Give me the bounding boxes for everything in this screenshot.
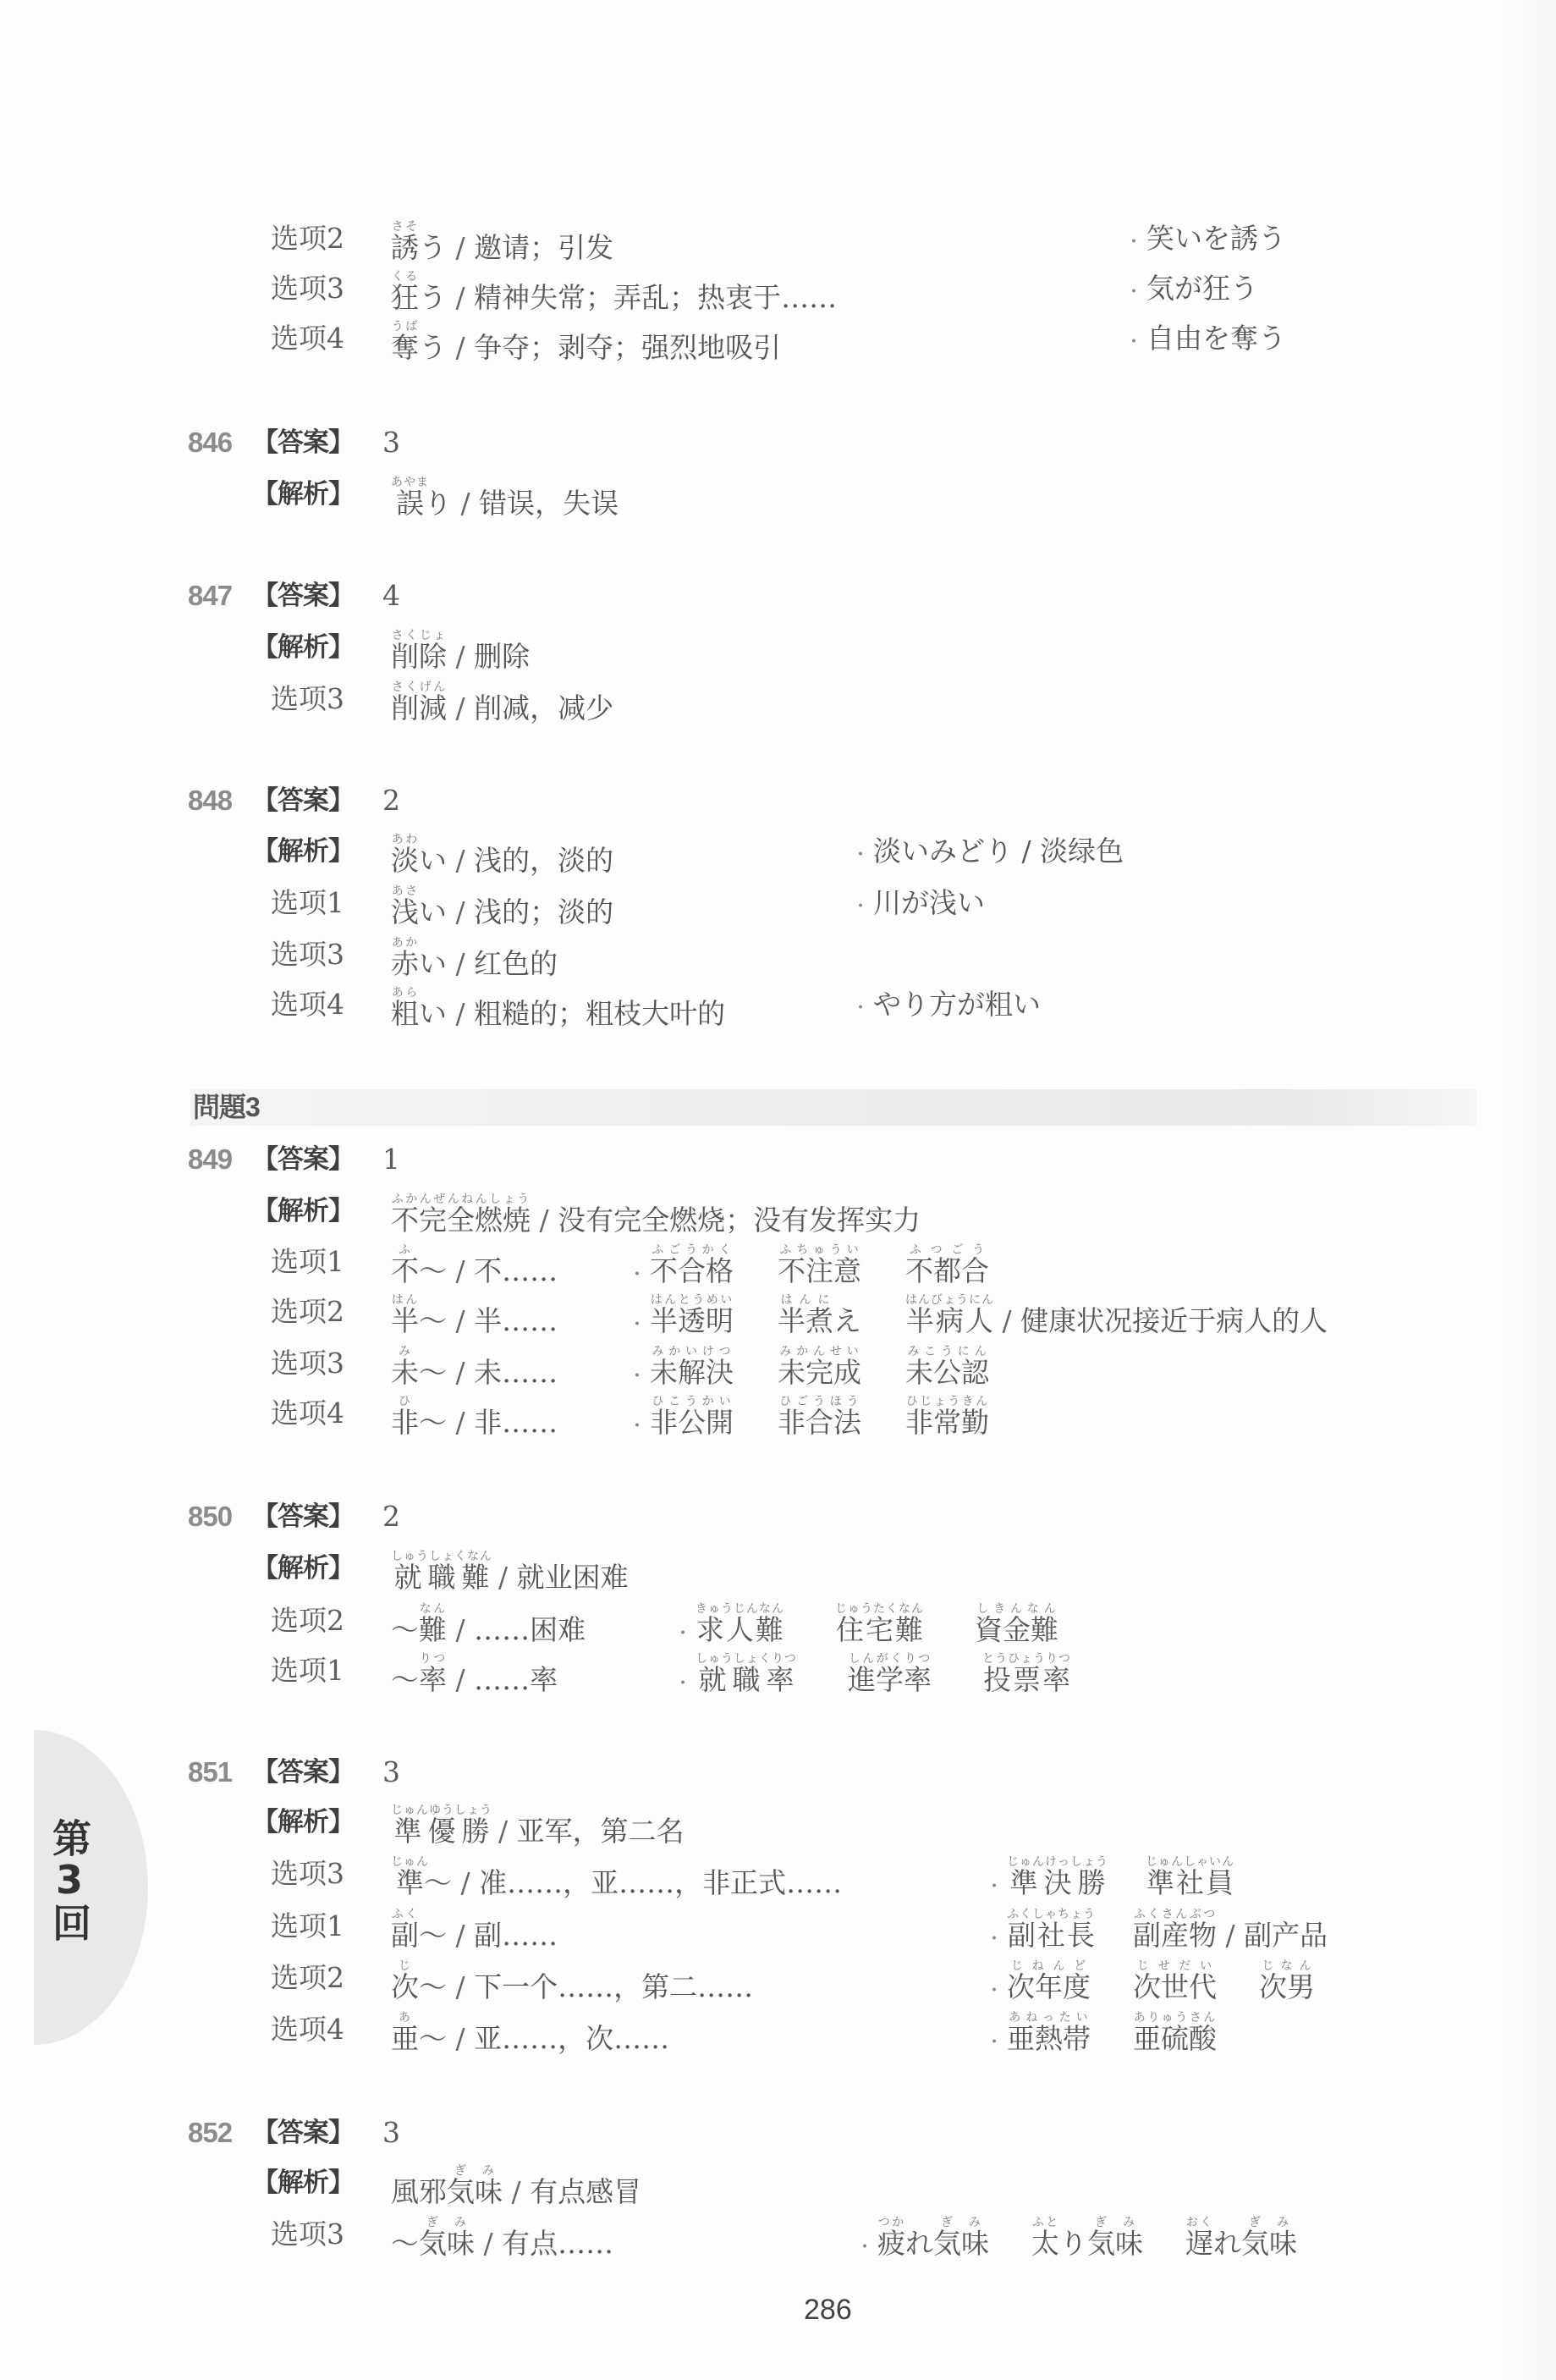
- ruby-word: 浅あさ: [391, 895, 419, 928]
- option-label: 选项3: [271, 1345, 344, 1382]
- furigana: さくげん: [391, 680, 447, 694]
- base-text: 非: [391, 1406, 419, 1439]
- term-gloss: 誘さそう / 邀请；引发: [391, 220, 613, 267]
- ruby-segment: 太ふと: [1031, 2227, 1059, 2260]
- answer-tag: 【答案】: [252, 2114, 354, 2151]
- example-word: 半煮はんにえ: [778, 1293, 861, 1340]
- answer-value: 2: [382, 1498, 400, 1535]
- separator: /: [447, 281, 474, 314]
- analysis-row: 【解析】 誤あやまり / 错误，失误: [0, 476, 1556, 513]
- example-word: 半透明はんとうめい: [650, 1293, 734, 1335]
- question-number: 851: [188, 1754, 232, 1791]
- example: 自由を奪う: [1146, 320, 1286, 357]
- gloss: ……率: [474, 1663, 558, 1696]
- ruby-word: 準じゅん: [391, 1866, 424, 1899]
- gloss: 删除: [474, 640, 530, 673]
- bullet: ・: [674, 1616, 696, 1653]
- gloss: 红色的: [474, 947, 558, 980]
- furigana: じゅんしゃいん: [1146, 1855, 1234, 1869]
- furigana: はんとうめい: [650, 1293, 734, 1307]
- term-gloss: 浅あさい / 浅的；淡的: [391, 884, 613, 931]
- analysis-tag: 【解析】: [252, 629, 354, 666]
- analysis-row: 【解析】 準優勝じゅんゆうしょう / 亚军，第二名: [0, 1804, 1556, 1841]
- base-text: 半病人: [905, 1304, 994, 1337]
- separator: /: [447, 640, 474, 673]
- example-word: 求人難きゅうじんなん: [696, 1602, 784, 1644]
- option-row: 选项3 未み～ / 未…… ・ 未解決みかいけつ 未完成みかんせい 未公認みこう…: [0, 1345, 1556, 1382]
- separator: /: [447, 1356, 474, 1389]
- option-row: 选项4 亜あ～ / 亚……，次…… ・ 亜熱帯あねったい 亜硫酸ありゅうさん: [0, 2011, 1556, 2048]
- example-column: ・淡いみどり / 淡绿色: [851, 833, 1124, 874]
- ruby-word: 誤あやま: [391, 487, 424, 520]
- term-gloss: 削除さくじょ / 删除: [391, 629, 530, 675]
- furigana: しゅうしょくなん: [391, 1550, 492, 1563]
- ruby-word: 削除さくじょ: [391, 640, 447, 673]
- base-text: 準優勝: [391, 1815, 492, 1848]
- base-text: 非合法: [778, 1406, 861, 1439]
- kana-suffix: れ: [1213, 2227, 1241, 2260]
- term-gloss: 準優勝じゅんゆうしょう / 亚军，第二名: [391, 1804, 685, 1850]
- analysis-row: 【解析】 風邪気味ぎみ / 有点感冒: [0, 2164, 1556, 2201]
- separator: /: [447, 1406, 474, 1439]
- option-row: 选项3 削減さくげん / 削减，减少: [0, 680, 1556, 718]
- answer-tag: 【答案】: [252, 1498, 354, 1535]
- kana-suffix: う: [419, 231, 447, 264]
- analysis-row: 【解析】 不完全燃焼ふかんぜんねんしょう / 没有完全燃烧；没有发挥实力: [0, 1193, 1556, 1230]
- ruby-word: 非ひ: [391, 1406, 419, 1439]
- example-column: ・ 非公開ひこうかい 非合法ひごうほう 非常勤ひじょうきん: [628, 1395, 989, 1446]
- answer-tag: 【答案】: [252, 782, 354, 819]
- example-column: ・ 半透明はんとうめい 半煮はんにえ 半病人はんびょうにん / 健康状况接近于病…: [628, 1293, 1328, 1344]
- bullet: ・: [985, 1869, 1007, 1906]
- gloss: 浅的，淡的: [474, 844, 613, 877]
- ruby-word: 粗あら: [391, 997, 419, 1030]
- example-word: 次男じなん: [1259, 1959, 1315, 2001]
- base-text: 未: [391, 1356, 419, 1389]
- analysis-tag: 【解析】: [252, 2164, 354, 2201]
- bullet: ・: [985, 1921, 1007, 1959]
- ruby-segment: 遅おく: [1185, 2227, 1213, 2260]
- base-text: 準決勝: [1007, 1866, 1108, 1899]
- tilde: ～: [419, 1406, 447, 1439]
- ruby-word: 気味ぎみ: [447, 2175, 503, 2208]
- example-word: 未完成みかんせい: [778, 1345, 861, 1386]
- option-row: 选项1 不ふ～ / 不…… ・ 不合格ふごうかく 不注意ふちゅうい 不都合ふつご…: [0, 1243, 1556, 1281]
- bullet: ・: [985, 1973, 1007, 2010]
- example-word: 投票率とうひょうりつ: [982, 1652, 1071, 1694]
- base-text: 不都合: [905, 1254, 989, 1287]
- example: やり方が粗い: [873, 986, 1041, 1023]
- gloss: 有点……: [502, 2227, 613, 2260]
- separator: /: [447, 331, 474, 364]
- example-column: ・ 疲つかれ気味ぎみ 太ふとり気味ぎみ 遅おくれ気味ぎみ: [855, 2216, 1297, 2267]
- option-label: 选项2: [271, 1602, 344, 1639]
- separator: /: [447, 231, 474, 264]
- option-label: 选项1: [271, 1243, 344, 1281]
- term-gloss: 淡あわい / 浅的，淡的: [391, 833, 613, 879]
- furigana: きゅうじんなん: [696, 1602, 784, 1616]
- answer-value: 4: [382, 577, 400, 614]
- term-gloss: 非ひ～ / 非……: [391, 1395, 558, 1441]
- gloss: 错误，失误: [479, 487, 619, 520]
- option-label: 选项1: [271, 1652, 344, 1689]
- answer-row: 851 【答案】 3: [0, 1754, 1556, 1791]
- separator: /: [447, 1663, 474, 1696]
- base-text: 不合格: [650, 1254, 734, 1287]
- term-gloss: 準じゅん～ / 准……，亚……，非正式……: [391, 1855, 842, 1902]
- example-column: ・気が狂う: [1124, 270, 1258, 311]
- base-text: 非公開: [650, 1406, 734, 1439]
- option-label: 选项2: [271, 1293, 344, 1330]
- example-words: 亜熱帯あねったい 亜硫酸ありゅうさん: [1007, 2011, 1217, 2052]
- example-column: ・自由を奪う: [1124, 320, 1286, 361]
- bullet: ・: [628, 1408, 650, 1446]
- furigana: あねったい: [1007, 2011, 1091, 2025]
- option-label: 选项1: [271, 1908, 344, 1945]
- gloss: 有点感冒: [530, 2175, 641, 2208]
- furigana: しゅうしょくりつ: [696, 1652, 797, 1666]
- example: 気が狂う: [1146, 270, 1258, 307]
- example-word: 非合法ひごうほう: [778, 1395, 861, 1436]
- example-words: 不合格ふごうかく 不注意ふちゅうい 不都合ふつごう: [650, 1243, 989, 1285]
- answer-value: 1: [382, 1141, 400, 1178]
- option-label: 选项2: [271, 220, 344, 257]
- kana-suffix: い: [419, 895, 447, 928]
- example-column: ・やり方が粗い: [851, 986, 1041, 1027]
- separator: /: [503, 2175, 530, 2208]
- option-label: 选项4: [271, 1395, 344, 1432]
- example-words: 次年度じねんど 次世代じせだい 次男じなん: [1007, 1959, 1315, 2001]
- option-label: 选项4: [271, 320, 344, 357]
- furigana: はん: [391, 1293, 419, 1307]
- option-label: 选项2: [271, 1959, 344, 1997]
- separator: /: [475, 2227, 502, 2260]
- furigana: とうひょうりつ: [982, 1652, 1071, 1666]
- ruby-segment: 気味ぎみ: [933, 2227, 989, 2260]
- section-header: 問題3: [193, 1089, 260, 1126]
- ruby-word: 亜あ: [391, 2022, 419, 2055]
- option-label: 选项4: [271, 986, 344, 1023]
- base-text: 亜熱帯: [1007, 2022, 1091, 2055]
- example-word: 不合格ふごうかく: [650, 1243, 734, 1285]
- gloss: 削减，减少: [474, 691, 613, 724]
- analysis-tag: 【解析】: [252, 833, 354, 870]
- term-gloss: ～率りつ / ……率: [391, 1652, 558, 1699]
- term-gloss: ～難なん / ……困难: [391, 1602, 586, 1649]
- separator: /: [447, 1304, 474, 1337]
- furigana: ふかんぜんねんしょう: [391, 1193, 531, 1206]
- example-word: 進学率しんがくりつ: [848, 1652, 932, 1694]
- furigana: おく: [1185, 2216, 1213, 2229]
- separator: /: [490, 1561, 517, 1594]
- term-gloss: 就職難しゅうしょくなん / 就业困难: [391, 1550, 629, 1596]
- ruby-word: 就職難しゅうしょくなん: [391, 1561, 490, 1594]
- gloss: 没有完全燃烧；没有发挥实力: [558, 1204, 921, 1237]
- separator: /: [447, 2022, 474, 2055]
- base-text: 住宅難: [835, 1613, 924, 1646]
- example-word: 資金難しきんなん: [975, 1602, 1058, 1644]
- example-words: 疲つかれ気味ぎみ 太ふとり気味ぎみ 遅おくれ気味ぎみ: [877, 2216, 1297, 2262]
- furigana: ひじょうきん: [905, 1395, 989, 1408]
- example-word: 遅おくれ気味ぎみ: [1185, 2216, 1297, 2262]
- answer-row: 852 【答案】 3: [0, 2114, 1556, 2151]
- ruby-word: 難なん: [419, 1613, 447, 1646]
- gloss: 亚……，次……: [474, 2022, 669, 2055]
- furigana: あわ: [391, 833, 419, 846]
- bullet: ・: [628, 1358, 650, 1396]
- question-number: 849: [188, 1141, 232, 1178]
- separator: /: [447, 947, 474, 980]
- furigana: じゅうたくなん: [835, 1602, 924, 1616]
- furigana: じせだい: [1133, 1959, 1217, 1973]
- option-label: 选项1: [271, 884, 344, 922]
- example-words: 未解決みかいけつ 未完成みかんせい 未公認みこうにん: [650, 1345, 989, 1386]
- furigana: ぎみ: [447, 2164, 503, 2178]
- option-row: 选项3 準じゅん～ / 准……，亚……，非正式…… ・ 準決勝じゅんけっしょう …: [0, 1855, 1556, 1892]
- ruby-segment: 気味ぎみ: [1087, 2227, 1143, 2260]
- base-text: 太: [1031, 2227, 1059, 2260]
- term-gloss: 狂くるう / 精神失常；弄乱；热衷于……: [391, 270, 837, 317]
- term-gloss: 未み～ / 未……: [391, 1345, 558, 1391]
- base-text: 半煮: [778, 1304, 833, 1337]
- example-word: 副社長ふくしゃちょう: [1007, 1908, 1096, 1949]
- separator: /: [447, 895, 474, 928]
- gloss: 精神失常；弄乱；热衷于……: [474, 281, 837, 314]
- kana-suffix: い: [419, 947, 447, 980]
- option-label: 选项3: [271, 936, 344, 973]
- example-gloss: 副产品: [1244, 1919, 1328, 1952]
- base-text: 副: [391, 1919, 419, 1952]
- answer-row: 849 【答案】 1: [0, 1141, 1556, 1178]
- furigana: じゅんけっしょう: [1007, 1855, 1108, 1869]
- example-column: ・ 求人難きゅうじんなん 住宅難じゅうたくなん 資金難しきんなん: [674, 1602, 1058, 1653]
- kana-suffix: う: [419, 281, 447, 314]
- example-word: 住宅難じゅうたくなん: [835, 1602, 924, 1644]
- base-text: 誘: [391, 231, 419, 264]
- gloss: 半……: [474, 1304, 558, 1337]
- kana-suffix: え: [833, 1304, 861, 1337]
- furigana: じゅん: [391, 1855, 429, 1869]
- kana-suffix: う: [419, 331, 447, 364]
- term-gloss: 赤あかい / 红色的: [391, 936, 558, 983]
- ruby-word: 淡あわ: [391, 844, 419, 877]
- separator: /: [447, 844, 474, 877]
- base-text: 難: [419, 1613, 447, 1646]
- base-text: 未完成: [778, 1356, 861, 1389]
- base-text: 気味: [419, 2227, 475, 2260]
- base-text: 淡: [391, 844, 419, 877]
- base-text: 求人難: [696, 1613, 784, 1646]
- furigana: ひごうほう: [778, 1395, 861, 1408]
- ruby-word: 次じ: [391, 1970, 419, 2003]
- analysis-tag: 【解析】: [252, 1550, 354, 1587]
- bullet: ・: [674, 1666, 696, 1703]
- option-row: 选项2 誘さそう / 邀请；引发 ・笑いを誘う: [0, 220, 1556, 257]
- answer-value: 3: [382, 1754, 400, 1791]
- ruby-word: 誘さそ: [391, 231, 419, 264]
- example-column: ・川が浅い: [851, 884, 985, 926]
- furigana: じゅんゆうしょう: [391, 1804, 492, 1817]
- page-number: 286: [804, 2294, 852, 2327]
- base-text: 次世代: [1133, 1970, 1217, 2003]
- base-text: 狂: [391, 281, 419, 314]
- furigana: じ: [391, 1959, 419, 1973]
- base-text: 浅: [391, 895, 419, 928]
- option-label: 选项3: [271, 1855, 344, 1892]
- separator: /: [452, 1866, 479, 1899]
- example-word-with-gloss: 半病人はんびょうにん / 健康状况接近于病人的人: [905, 1293, 1328, 1340]
- question-number: 852: [188, 2114, 232, 2151]
- furigana: ひこうかい: [650, 1395, 734, 1408]
- bullet: ・: [1124, 324, 1146, 361]
- option-row: 选项2 ～難なん / ……困难 ・ 求人難きゅうじんなん 住宅難じゅうたくなん …: [0, 1602, 1556, 1639]
- example-word: 未解決みかいけつ: [650, 1345, 734, 1386]
- option-row: 选项1 副ふく～ / 副…… ・ 副社長ふくしゃちょう 副産物ふくさんぶつ / …: [0, 1908, 1556, 1945]
- option-row: 选项2 半はん～ / 半…… ・ 半透明はんとうめい 半煮はんにえ 半病人はんび…: [0, 1293, 1556, 1330]
- base-text: 風邪: [391, 2175, 447, 2208]
- furigana: みかんせい: [778, 1345, 861, 1358]
- tilde: ～: [419, 2022, 447, 2055]
- chapter-label: 第3回: [49, 1818, 90, 1942]
- term-gloss: 半はん～ / 半……: [391, 1293, 558, 1340]
- example-words: 非公開ひこうかい 非合法ひごうほう 非常勤ひじょうきん: [650, 1395, 989, 1436]
- example-word: 非公開ひこうかい: [650, 1395, 734, 1436]
- furigana: しきんなん: [975, 1602, 1058, 1616]
- bullet: ・: [1124, 274, 1146, 311]
- option-row: 选项1 ～率りつ / ……率 ・ 就職率しゅうしょくりつ 進学率しんがくりつ 投…: [0, 1652, 1556, 1689]
- example-words: 副社長ふくしゃちょう 副産物ふくさんぶつ / 副产品: [1007, 1908, 1328, 1954]
- example-word: 半病人はんびょうにん: [905, 1304, 993, 1337]
- tilde: ～: [424, 1866, 452, 1899]
- base-text: 資金難: [975, 1613, 1058, 1646]
- tilde: ～: [391, 2227, 419, 2260]
- bullet: ・: [628, 1257, 650, 1294]
- base-text: 削除: [391, 640, 447, 673]
- textbook-page: 选项2 誘さそう / 邀请；引发 ・笑いを誘う 选项3 狂くるう / 精神失常；…: [0, 0, 1556, 2380]
- furigana: ふ: [391, 1243, 419, 1257]
- furigana: ふと: [1031, 2216, 1059, 2229]
- term-gloss: ～気味ぎみ / 有点……: [391, 2216, 613, 2262]
- term-gloss: 削減さくげん / 削减，减少: [391, 680, 613, 727]
- option-row: 选项4 非ひ～ / 非…… ・ 非公開ひこうかい 非合法ひごうほう 非常勤ひじょ…: [0, 1395, 1556, 1432]
- base-text: 不注意: [778, 1254, 861, 1287]
- example-column: ・ 不合格ふごうかく 不注意ふちゅうい 不都合ふつごう: [628, 1243, 989, 1294]
- analysis-row: 【解析】 就職難しゅうしょくなん / 就业困难: [0, 1550, 1556, 1587]
- example: 川が浅い: [873, 884, 985, 922]
- base-text: 疲: [877, 2227, 905, 2260]
- furigana: み: [391, 1345, 419, 1358]
- ruby-word: 気味ぎみ: [419, 2227, 475, 2260]
- base-text: 不完全燃焼: [391, 1204, 531, 1237]
- furigana: ふつごう: [905, 1243, 989, 1257]
- gloss: 下一个……，第二……: [474, 1970, 753, 2003]
- base-text: 次年度: [1007, 1970, 1091, 2003]
- answer-tag: 【答案】: [252, 424, 354, 461]
- tilde: ～: [419, 1356, 447, 1389]
- base-text: 次: [391, 1970, 419, 2003]
- example-word: 就職率しゅうしょくりつ: [696, 1652, 797, 1694]
- term-gloss: 次じ～ / 下一个……，第二……: [391, 1959, 753, 2006]
- question-number: 846: [188, 424, 232, 461]
- base-text: 不: [391, 1254, 419, 1287]
- example-words: 就職率しゅうしょくりつ 進学率しんがくりつ 投票率とうひょうりつ: [696, 1652, 1071, 1694]
- base-text: 副社長: [1007, 1919, 1096, 1952]
- ruby-word: 未み: [391, 1356, 419, 1389]
- furigana: さくじょ: [391, 629, 447, 642]
- answer-row: 846 【答案】 3: [0, 424, 1556, 461]
- section-header-bar: [190, 1089, 1476, 1126]
- option-row: 选项2 次じ～ / 下一个……，第二…… ・ 次年度じねんど 次世代じせだい 次…: [0, 1959, 1556, 1997]
- bullet: ・: [851, 990, 873, 1027]
- tilde: ～: [391, 1663, 419, 1696]
- furigana: ふくしゃちょう: [1007, 1908, 1096, 1921]
- tilde: ～: [419, 1254, 447, 1287]
- question-number: 850: [188, 1498, 232, 1535]
- bullet: ・: [855, 2229, 877, 2267]
- base-text: 副産物: [1133, 1919, 1217, 1952]
- furigana: ふくさんぶつ: [1133, 1908, 1217, 1921]
- example-gloss: 健康状况接近于病人的人: [1020, 1304, 1328, 1337]
- furigana: ぎみ: [1241, 2216, 1297, 2229]
- answer-tag: 【答案】: [252, 1141, 354, 1178]
- separator: /: [490, 1815, 517, 1848]
- ruby-word: 不ふ: [391, 1254, 419, 1287]
- furigana: ぎみ: [1087, 2216, 1143, 2229]
- example-column: ・ 次年度じねんど 次世代じせだい 次男じなん: [985, 1959, 1315, 2010]
- example-column: ・笑いを誘う: [1124, 220, 1286, 262]
- base-text: 半透明: [650, 1304, 734, 1337]
- example-word: 亜硫酸ありゅうさん: [1133, 2011, 1217, 2052]
- ruby-word: 狂くる: [391, 281, 419, 314]
- question-number: 848: [188, 782, 232, 819]
- separator: /: [447, 1613, 474, 1646]
- furigana: あか: [391, 936, 419, 950]
- separator: /: [1217, 1919, 1244, 1952]
- option-row: 选项4 奪うばう / 争夺；剥夺；强烈地吸引 ・自由を奪う: [0, 320, 1556, 357]
- furigana: ふごうかく: [650, 1243, 734, 1257]
- ruby-word: 半はん: [391, 1304, 419, 1337]
- kana-suffix: い: [419, 844, 447, 877]
- kana-suffix: い: [419, 997, 447, 1030]
- ruby-word: 準優勝じゅんゆうしょう: [391, 1815, 490, 1848]
- base-text: 気味: [1241, 2227, 1297, 2260]
- base-text: 赤: [391, 947, 419, 980]
- furigana: みかいけつ: [650, 1345, 734, 1358]
- furigana: はんびょうにん: [905, 1293, 994, 1307]
- example-word: 副産物ふくさんぶつ: [1133, 1919, 1217, 1952]
- analysis-tag: 【解析】: [252, 476, 354, 513]
- example-words: 求人難きゅうじんなん 住宅難じゅうたくなん 資金難しきんなん: [696, 1602, 1058, 1644]
- furigana: じなん: [1259, 1959, 1315, 1973]
- example: 笑いを誘う: [1146, 220, 1286, 257]
- example-column: ・ 準決勝じゅんけっしょう 準社員じゅんしゃいん: [985, 1855, 1234, 1906]
- example-word: 太ふとり気味ぎみ: [1031, 2216, 1143, 2262]
- base-text: 亜: [391, 2022, 419, 2055]
- example-word: 準決勝じゅんけっしょう: [1007, 1855, 1108, 1897]
- ruby-segment: 半煮はんに: [778, 1304, 833, 1337]
- kana-suffix: れ: [905, 2227, 933, 2260]
- term-gloss: 奪うばう / 争夺；剥夺；强烈地吸引: [391, 320, 781, 366]
- furigana: はんに: [778, 1293, 833, 1307]
- example-column: ・ 亜熱帯あねったい 亜硫酸ありゅうさん: [985, 2011, 1217, 2062]
- separator: /: [531, 1204, 558, 1237]
- furigana: つか: [877, 2216, 905, 2229]
- ruby-segment: 疲つか: [877, 2227, 905, 2260]
- bullet: ・: [1124, 224, 1146, 262]
- example-word: 不都合ふつごう: [905, 1243, 989, 1285]
- base-text: 半: [391, 1304, 419, 1337]
- furigana: ありゅうさん: [1133, 2011, 1217, 2025]
